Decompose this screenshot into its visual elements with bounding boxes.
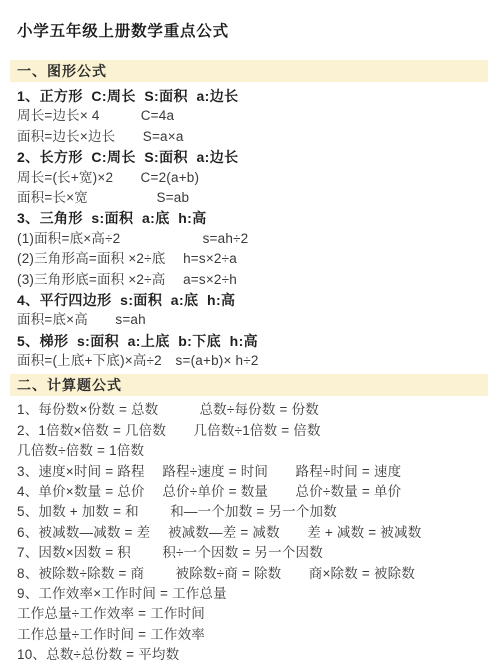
formula-line: 面积=底×高 s=ah xyxy=(17,310,488,330)
item-heading: 3、三角形 s:面积 a:底 h:高 xyxy=(17,208,488,228)
formula-line: 面积=(上底+下底)×高÷2 s=(a+b)× h÷2 xyxy=(17,351,488,371)
formula-line: 周长=(长+宽)×2 C=2(a+b) xyxy=(17,168,488,188)
formula-line: 5、加数 + 加数 = 和 和—一个加数 = 另一个加数 xyxy=(17,502,488,522)
item-heading: 5、梯形 s:面积 a:上底 b:下底 h:高 xyxy=(17,331,488,351)
formula-section: 二、计算题公式1、每份数×份数 = 总数 总数÷每份数 = 份数2、1倍数×倍数… xyxy=(17,374,488,665)
document-page: 小学五年级上册数学重点公式 一、图形公式1、正方形 C:周长 S:面积 a:边长… xyxy=(0,0,500,667)
formula-line: 面积=边长×边长 S=a×a xyxy=(17,127,488,147)
item-heading: 1、正方形 C:周长 S:面积 a:边长 xyxy=(17,86,488,106)
formula-line: 7、因数×因数 = 积 积÷一个因数 = 另一个因数 xyxy=(17,543,488,563)
formula-line: 10、总数÷总份数 = 平均数 xyxy=(17,645,488,665)
formula-line: 周长=边长× 4 C=4a xyxy=(17,106,488,126)
section-header: 一、图形公式 xyxy=(10,60,488,82)
page-title: 小学五年级上册数学重点公式 xyxy=(17,22,488,42)
item-heading: 4、平行四边形 s:面积 a:底 h:高 xyxy=(17,290,488,310)
formula-line: 8、被除数÷除数 = 商 被除数÷商 = 除数 商×除数 = 被除数 xyxy=(17,564,488,584)
sections-container: 一、图形公式1、正方形 C:周长 S:面积 a:边长周长=边长× 4 C=4a面… xyxy=(17,60,488,666)
formula-line: 工作总量÷工作效率 = 工作时间 xyxy=(17,604,488,624)
item-heading: 2、长方形 C:周长 S:面积 a:边长 xyxy=(17,147,488,167)
formula-line: 2、1倍数×倍数 = 几倍数 几倍数÷1倍数 = 倍数 xyxy=(17,421,488,441)
formula-line: 9、工作效率×工作时间 = 工作总量 xyxy=(17,584,488,604)
formula-section: 一、图形公式1、正方形 C:周长 S:面积 a:边长周长=边长× 4 C=4a面… xyxy=(17,60,488,371)
formula-line: 3、速度×时间 = 路程 路程÷速度 = 时间 路程÷时间 = 速度 xyxy=(17,462,488,482)
formula-line: (1)面积=底×高÷2 s=ah÷2 xyxy=(17,229,488,249)
formula-line: 4、单价×数量 = 总价 总价÷单价 = 数量 总价÷数量 = 单价 xyxy=(17,482,488,502)
formula-line: (3)三角形底=面积 ×2÷高 a=s×2÷h xyxy=(17,270,488,290)
formula-line: (2)三角形高=面积 ×2÷底 h=s×2÷a xyxy=(17,249,488,269)
formula-line: 面积=长×宽 S=ab xyxy=(17,188,488,208)
formula-line: 几倍数÷倍数 = 1倍数 xyxy=(17,441,488,461)
formula-line: 6、被减数—减数 = 差 被减数—差 = 减数 差 + 减数 = 被减数 xyxy=(17,523,488,543)
section-header: 二、计算题公式 xyxy=(10,374,488,396)
formula-line: 工作总量÷工作时间 = 工作效率 xyxy=(17,625,488,645)
formula-line: 1、每份数×份数 = 总数 总数÷每份数 = 份数 xyxy=(17,400,488,420)
